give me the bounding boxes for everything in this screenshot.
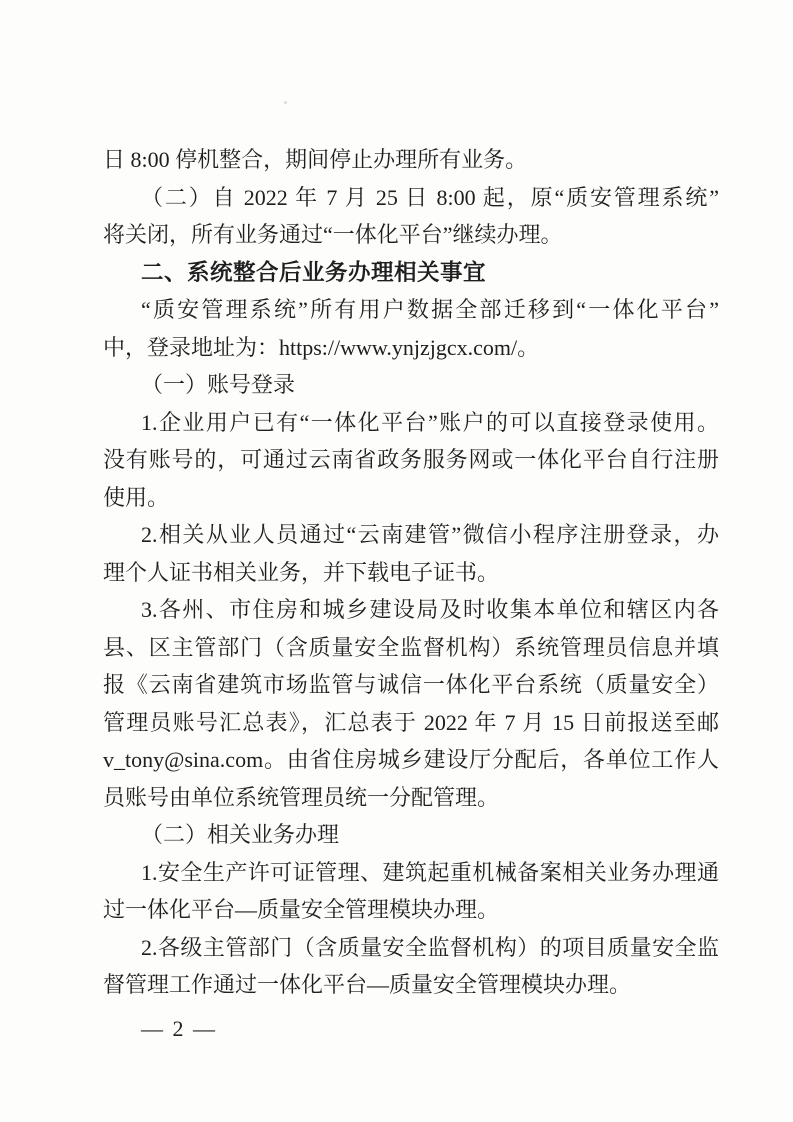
body-line: 没有账号的，可通过云南省政务服务网或一体化平台自行注册: [103, 441, 719, 479]
body-line-url: 中，登录地址为：https://www.ynjzjgcx.com/。: [103, 329, 719, 367]
scan-artifact-speck: [284, 101, 287, 104]
body-line: 1.安全生产许可证管理、建筑起重机械备案相关业务办理通: [103, 854, 719, 892]
section-heading: 二、系统整合后业务办理相关事宜: [103, 254, 719, 292]
body-line: （二）自 2022 年 7 月 25 日 8:00 起，原“质安管理系统”: [103, 179, 719, 217]
body-line: 2.各级主管部门（含质量安全监督机构）的项目质量安全监: [103, 929, 719, 967]
body-line: 员账号由单位系统管理员统一分配管理。: [103, 779, 719, 817]
body-line: 3.各州、市住房和城乡建设局及时收集本单位和辖区内各: [103, 591, 719, 629]
body-line: 日 8:00 停机整合，期间停止办理所有业务。: [103, 141, 719, 179]
body-line: 理个人证书相关业务，并下载电子证书。: [103, 554, 719, 592]
body-line: 使用。: [103, 479, 719, 517]
scanned-document-page: 日 8:00 停机整合，期间停止办理所有业务。 （二）自 2022 年 7 月 …: [0, 0, 793, 1122]
body-line-email: v_tony@sina.com。由省住房城乡建设厅分配后，各单位工作人: [103, 741, 719, 779]
body-line: 2.相关从业人员通过“云南建管”微信小程序注册登录，办: [103, 516, 719, 554]
body-line: 报《云南省建筑市场监管与诚信一体化平台系统（质量安全）: [103, 666, 719, 704]
body-line: “质安管理系统”所有用户数据全部迁移到“一体化平台”: [103, 291, 719, 329]
page-number: — 2 —: [141, 1014, 217, 1044]
body-line: 将关闭，所有业务通过“一体化平台”继续办理。: [103, 216, 719, 254]
body-line: 1.企业用户已有“一体化平台”账户的可以直接登录使用。: [103, 404, 719, 442]
subsection-heading: （二）相关业务办理: [103, 816, 719, 854]
body-line: 管理员账号汇总表》，汇总表于 2022 年 7 月 15 日前报送至邮箱：: [103, 704, 719, 742]
subsection-heading: （一）账号登录: [103, 366, 719, 404]
body-line: 过一体化平台—质量安全管理模块办理。: [103, 891, 719, 929]
body-line: 县、区主管部门（含质量安全监督机构）系统管理员信息并填: [103, 629, 719, 667]
document-body: 日 8:00 停机整合，期间停止办理所有业务。 （二）自 2022 年 7 月 …: [103, 141, 719, 1004]
body-line: 督管理工作通过一体化平台—质量安全管理模块办理。: [103, 966, 719, 1004]
